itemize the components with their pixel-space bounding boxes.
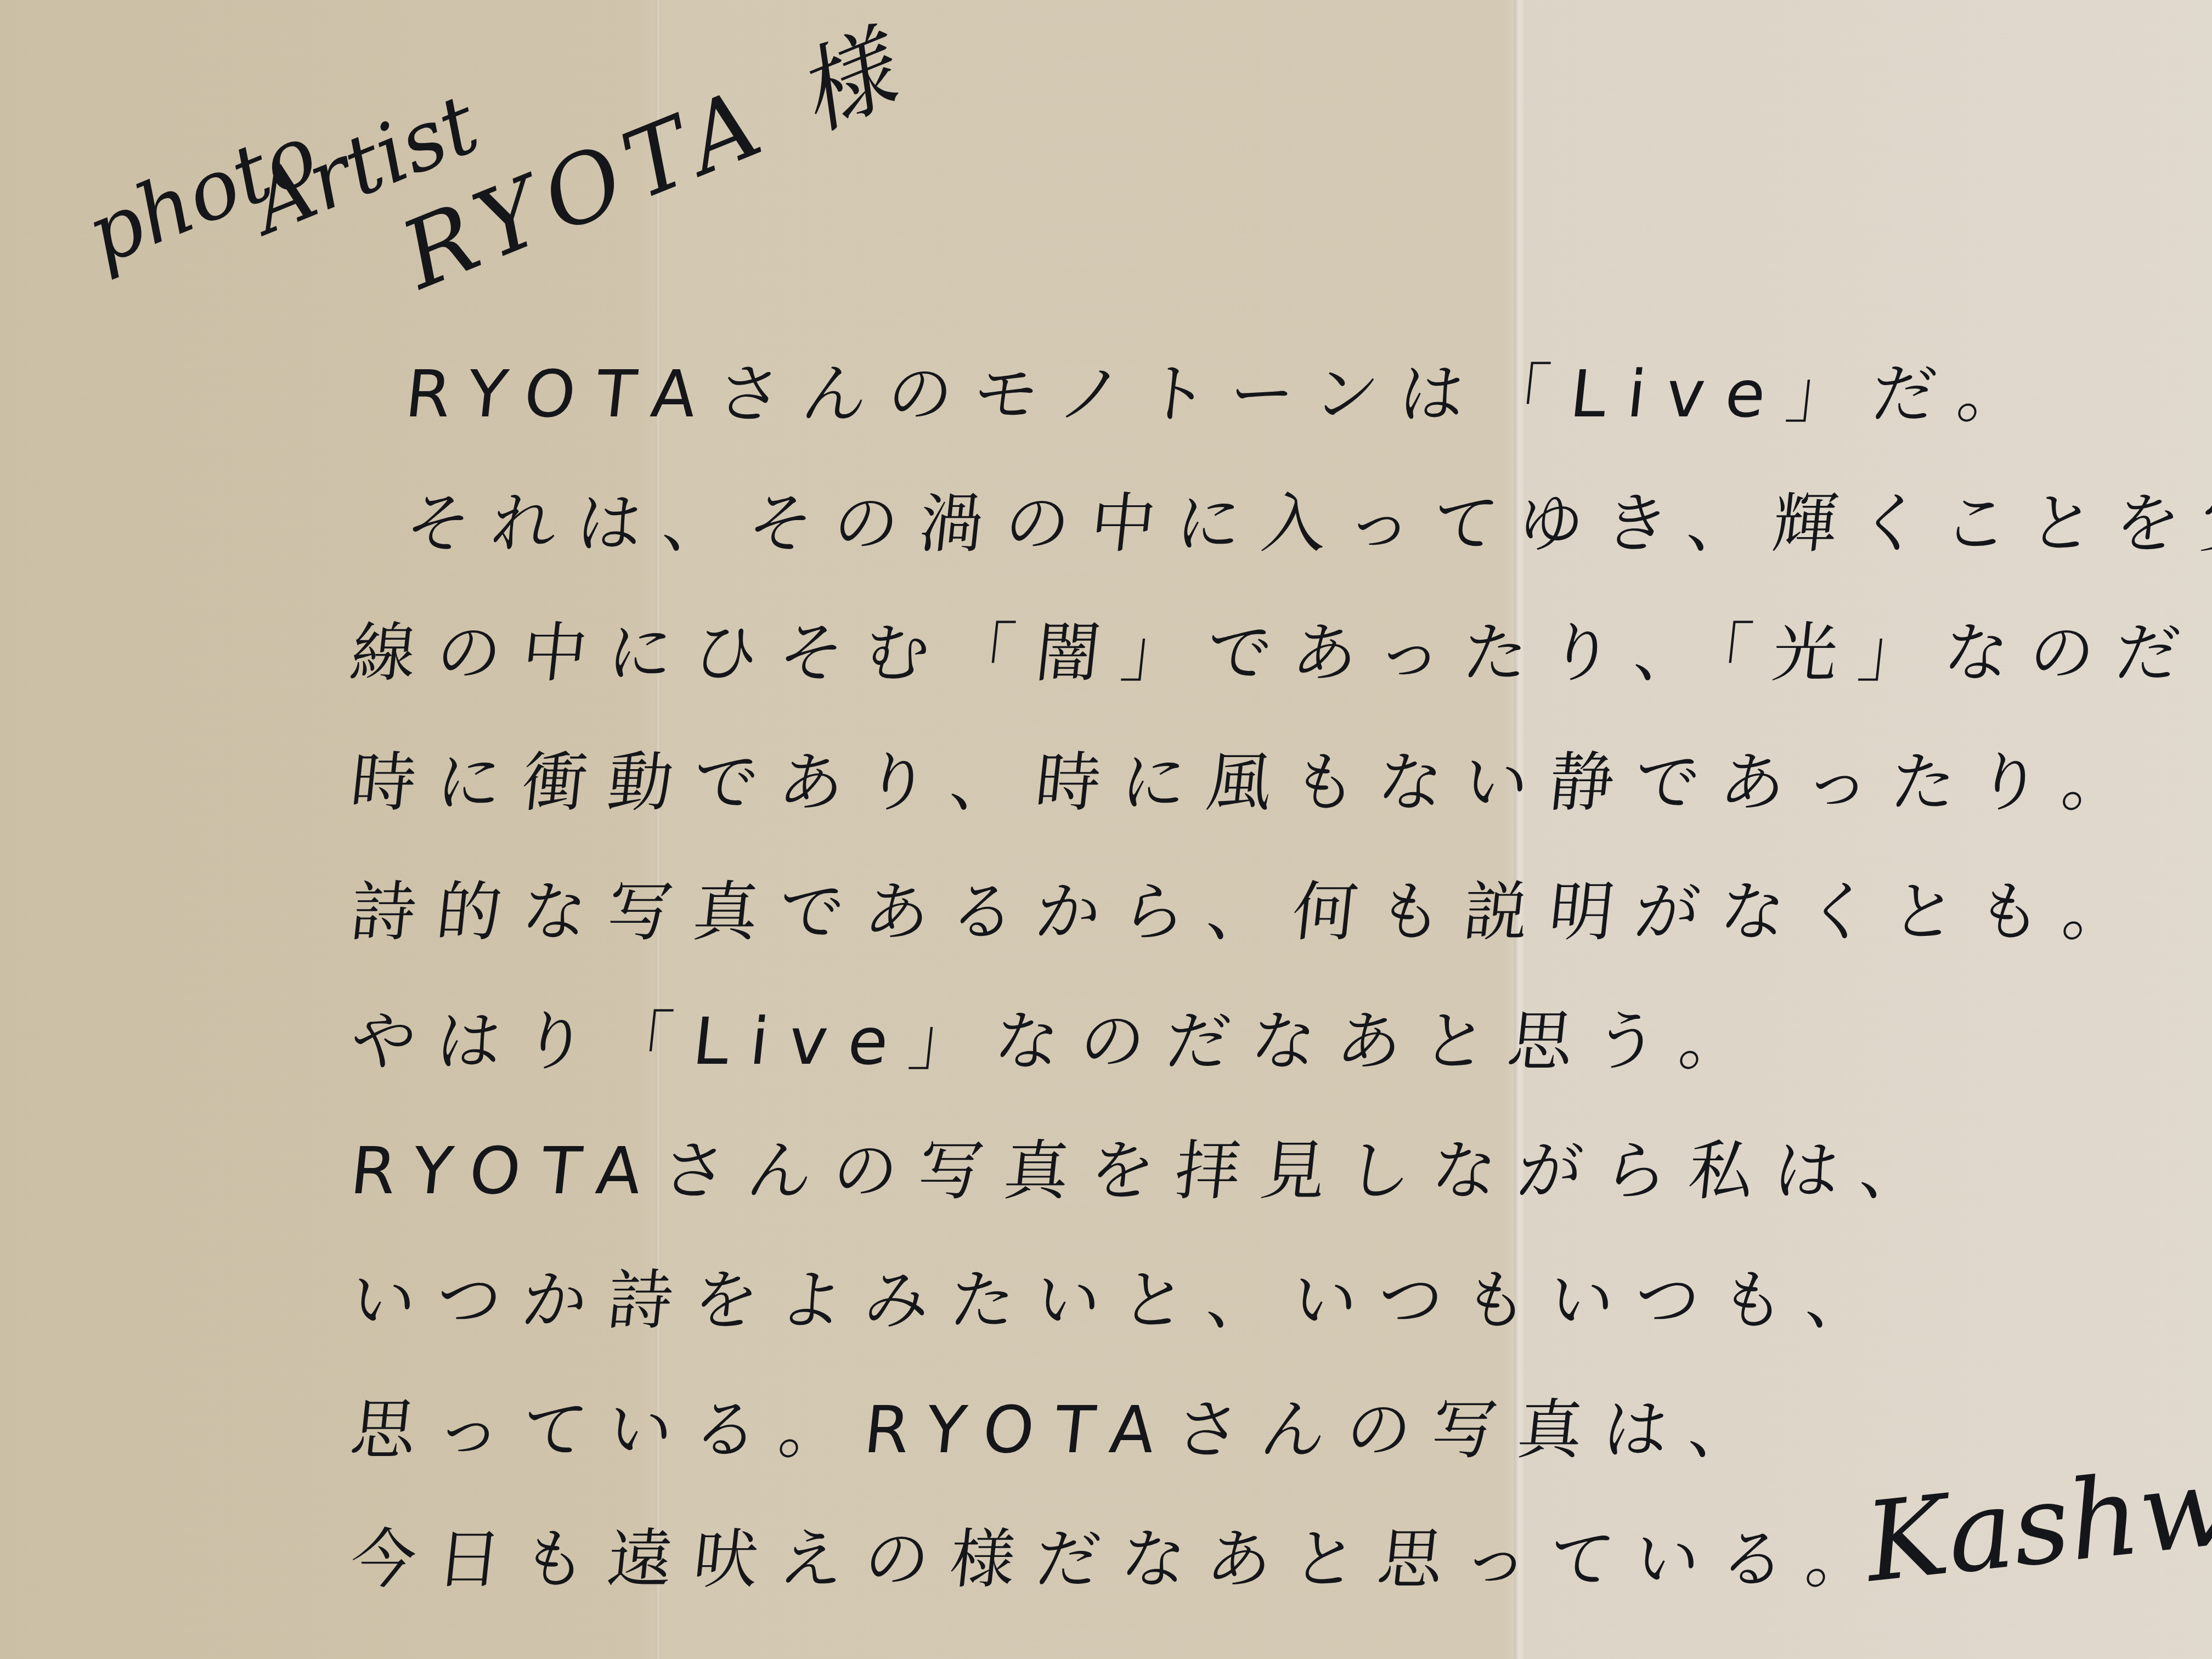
body-line: 詩的な写真であるから、何も説明がなくとも。 [345,847,2114,977]
salutation-recipient: RYOTA 様 [380,0,921,314]
body-line: それは、その渦の中に入ってゆき、輝くことを覚えた [345,459,2114,588]
body-line: やはり「Live」なのだなあと思う。 [345,977,2114,1106]
letter-paper: photo Artist RYOTA 様 RYOTAさんのモノトーンは「Live… [0,0,2212,1659]
body-line: 線の中にひそむ「闇」であったり、「光」なのだと思う。 [345,588,2114,718]
body-line: RYOTAさんの写真を拝見しながら私は、 [345,1106,2114,1235]
body-line: 時に衝動であり、時に風もない静であったり。 [345,718,2114,847]
body-line: いつか詩をよみたいと、いつもいつも、 [345,1235,2114,1365]
letter-body: RYOTAさんのモノトーンは「Live」だ。 それは、その渦の中に入ってゆき、輝… [351,329,2107,1624]
body-line: 今日も遠吠えの様だなあと思っている。 [345,1494,2114,1624]
body-line: 思っている。RYOTAさんの写真は、 [345,1365,2114,1494]
body-line: RYOTAさんのモノトーンは「Live」だ。 [345,329,2114,459]
